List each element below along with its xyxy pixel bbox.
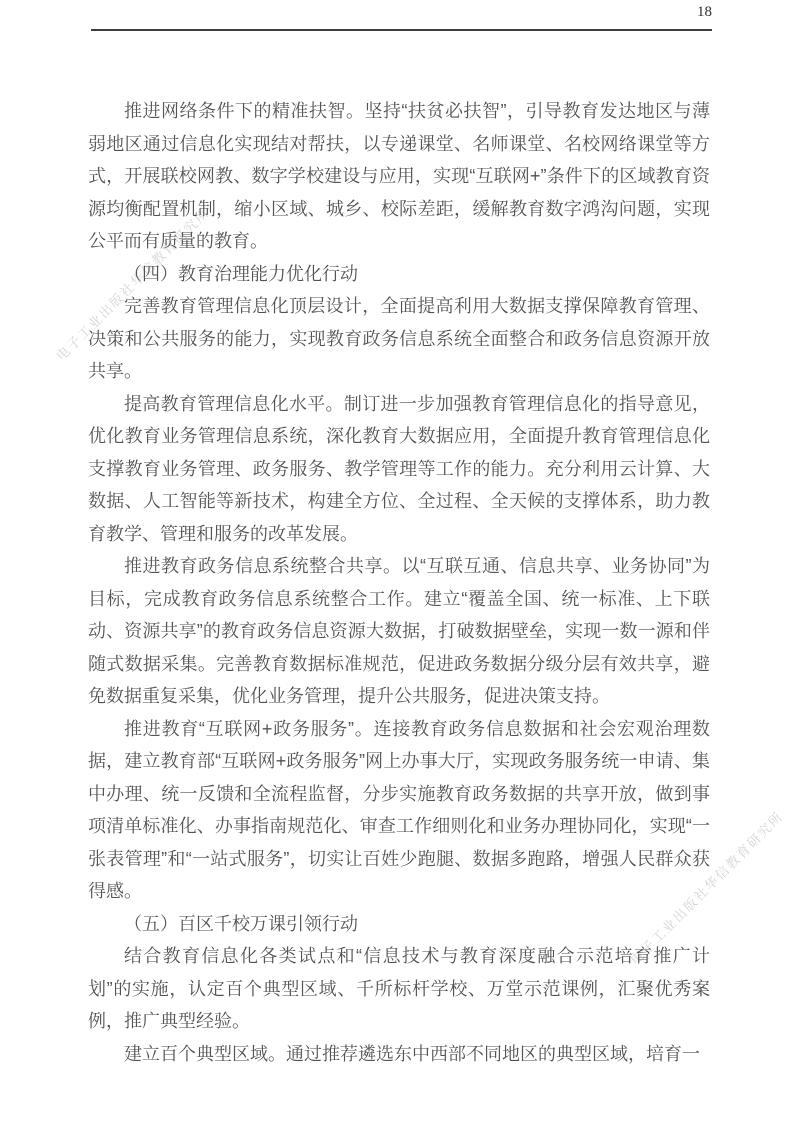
paragraph: 推进网络条件下的精准扶智。坚持“扶贫必扶智”，引导教育发达地区与薄弱地区通过信息…	[88, 95, 710, 258]
page-number: 18	[697, 4, 712, 21]
section-heading: （四）教育治理能力优化行动	[88, 258, 710, 291]
document-body: 推进网络条件下的精准扶智。坚持“扶贫必扶智”，引导教育发达地区与薄弱地区通过信息…	[88, 95, 710, 1070]
paragraph: 完善教育管理信息化顶层设计，全面提高利用大数据支撑保障教育管理、决策和公共服务的…	[88, 290, 710, 388]
paragraph: 推进教育政务信息系统整合共享。以“互联互通、信息共享、业务协同”为目标，完成教育…	[88, 550, 710, 713]
paragraph: 推进教育“互联网+政务服务”。连接教育政务信息数据和社会宏观治理数据，建立教育部…	[88, 713, 710, 908]
paragraph: 结合教育信息化各类试点和“信息技术与教育深度融合示范培育推广计划”的实施，认定百…	[88, 940, 710, 1038]
section-heading: （五）百区千校万课引领行动	[88, 908, 710, 941]
header-rule	[91, 29, 712, 31]
document-page: 电子工业出版社华信教育研究所 电子工业出版社华信教育研究所 18 推进网络条件下…	[0, 0, 793, 1122]
paragraph: 提高教育管理信息化水平。制订进一步加强教育管理信息化的指导意见，优化教育业务管理…	[88, 388, 710, 551]
paragraph: 建立百个典型区域。通过推荐遴选东中西部不同地区的典型区域，培育一	[88, 1038, 710, 1071]
